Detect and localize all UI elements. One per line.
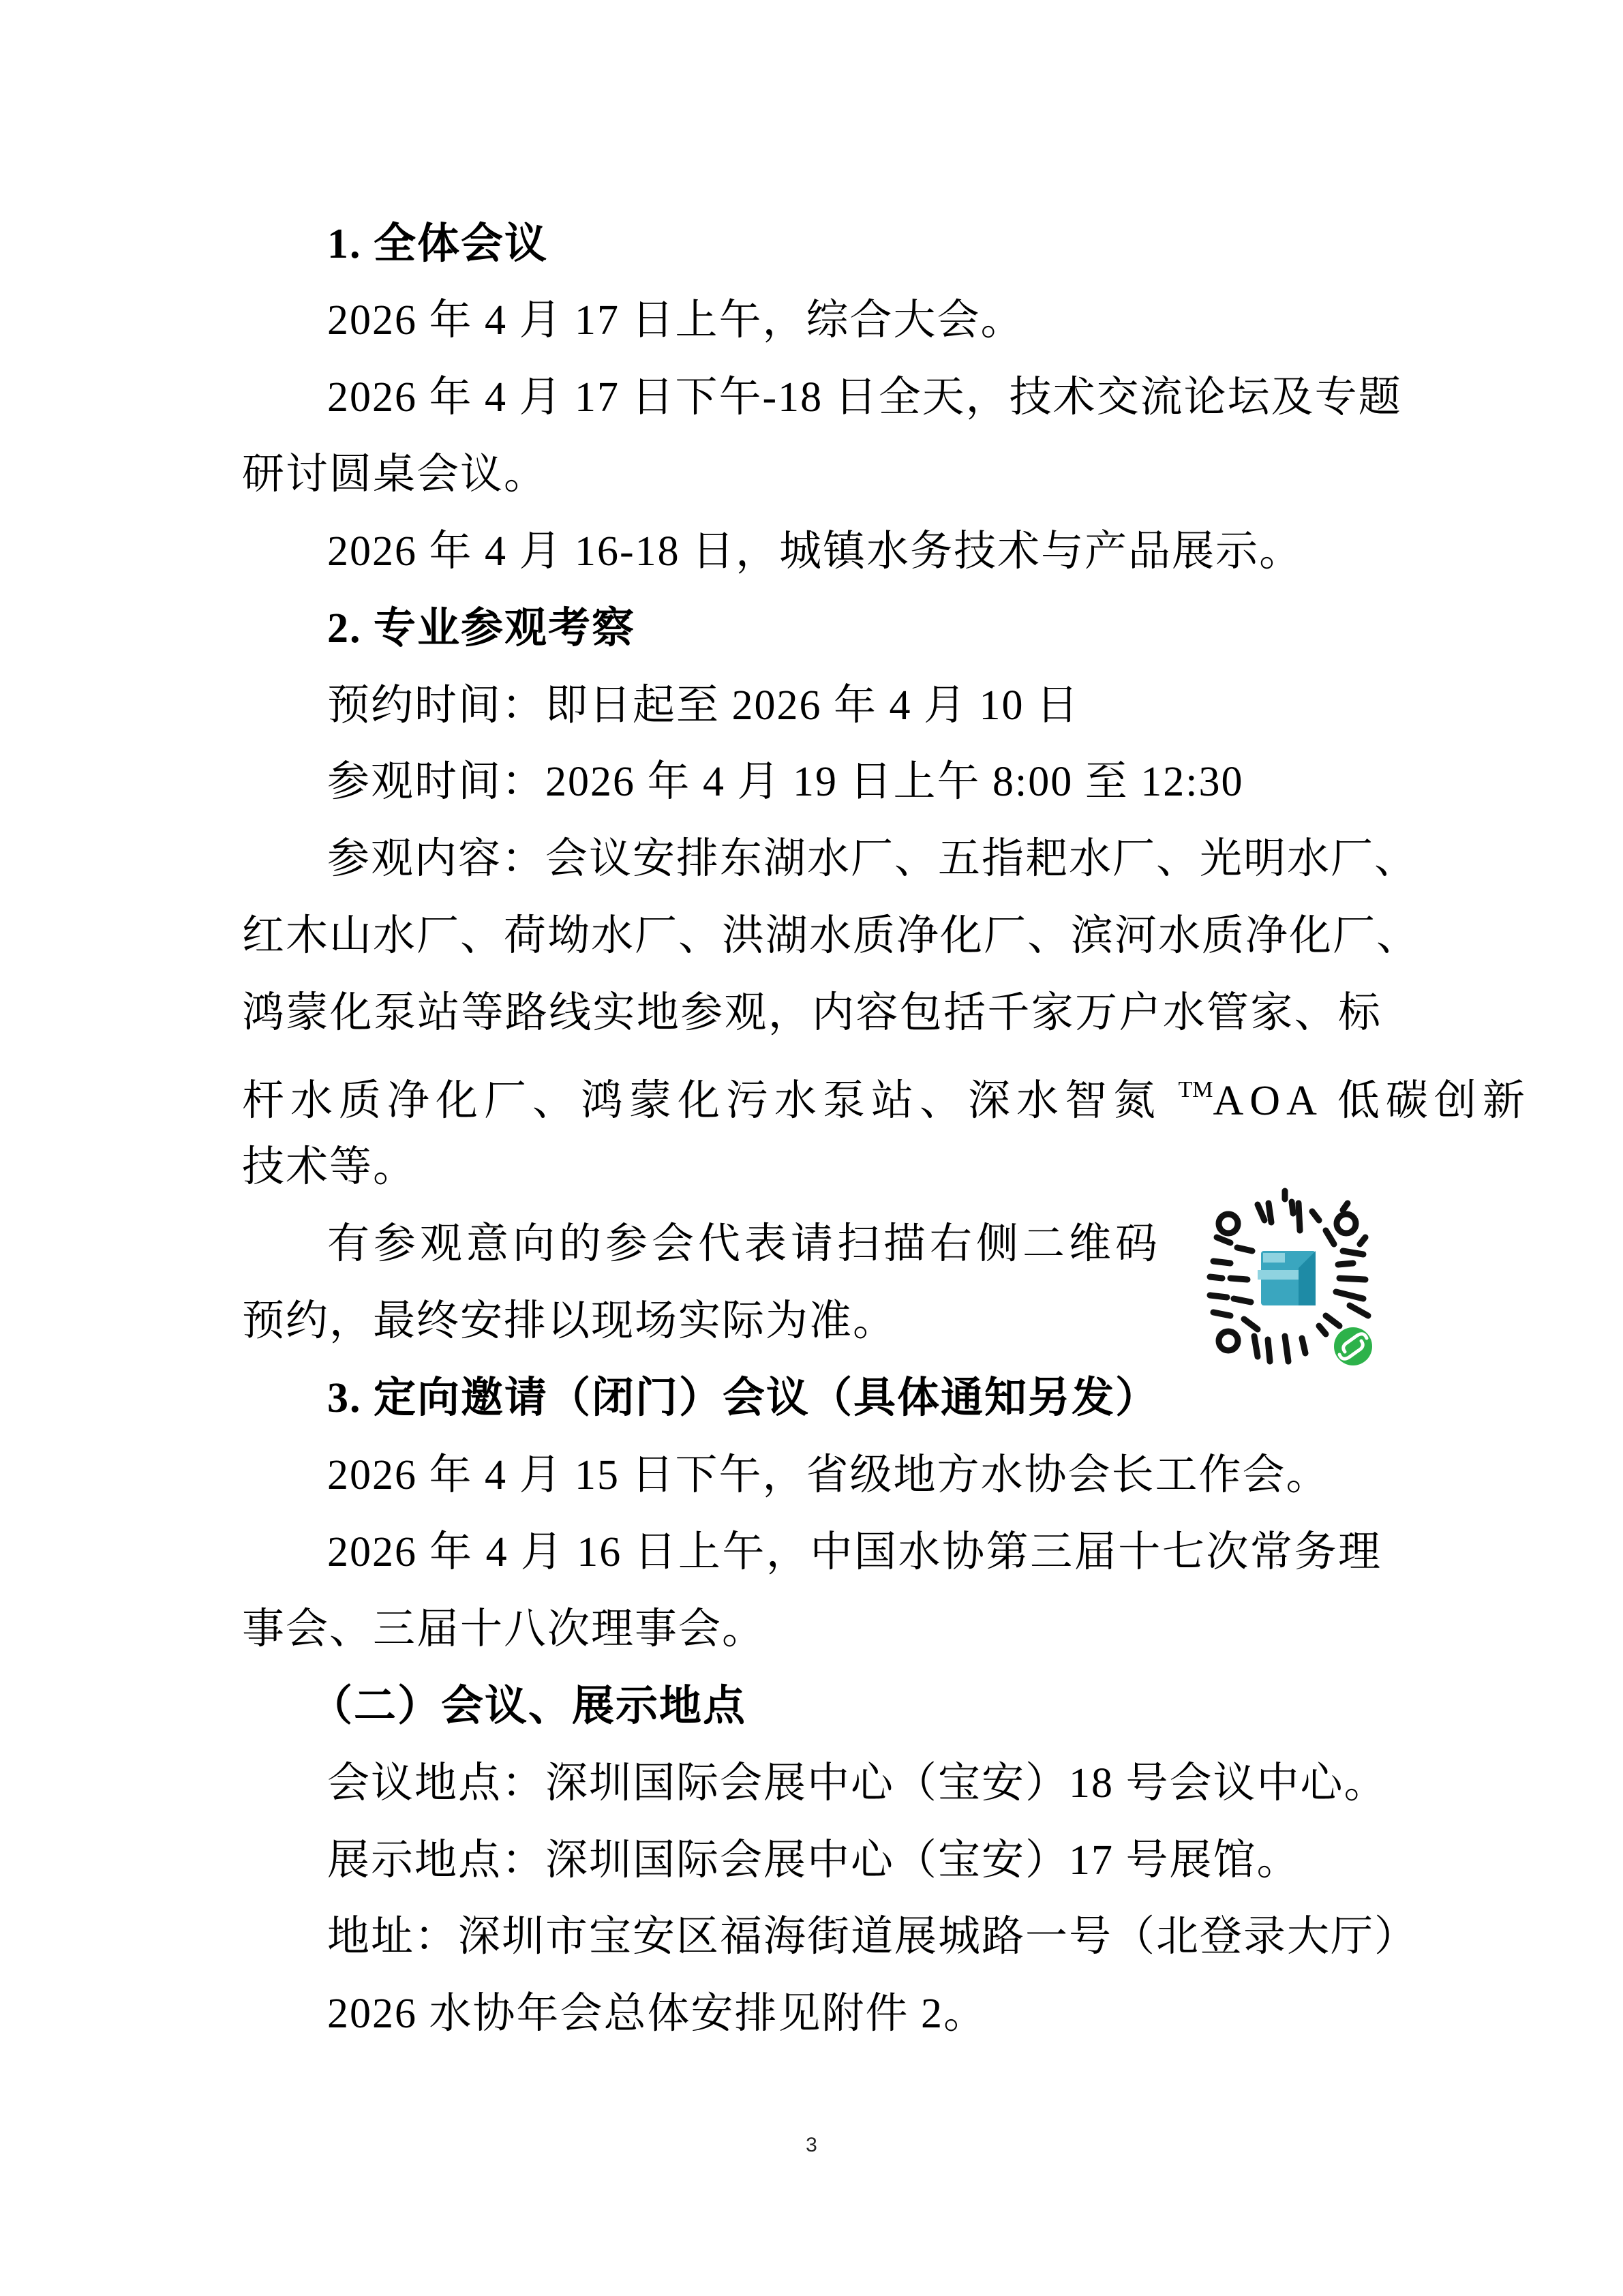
visit-content-continued: 红木山水厂、荷坳水厂、洪湖水质净化厂、滨河水质净化厂、 <box>242 909 1382 963</box>
part-2-heading: （二）会议、展示地点 <box>310 1679 1450 1734</box>
section-1-heading: 1. 全体会议 <box>327 217 1382 271</box>
text-fragment: 杆水质净化厂、鸿蒙化污水泵站、深水智氮 <box>242 1078 1162 1124</box>
visit-time: 参观时间：2026 年 4 月 19 日上午 8:00 至 12:30 <box>327 755 1382 809</box>
address: 地址：深圳市宝安区福海街道展城路一号（北登录大厅） <box>327 1909 1382 1964</box>
schedule-note: 2026 水协年会总体安排见附件 2。 <box>327 1987 1382 2041</box>
booking-time: 预约时间：即日起至 2026 年 4 月 10 日 <box>327 678 1382 733</box>
paragraph: 2026 年 4 月 17 日上午，综合大会。 <box>327 293 1382 348</box>
section-3-heading: 3. 定向邀请（闭门）会议（具体通知另发） <box>327 1371 1382 1425</box>
text-fragment: AOA 低碳创新 <box>1213 1078 1531 1124</box>
section-2-heading: 2. 专业参观考察 <box>327 601 1382 656</box>
meeting-venue: 会议地点：深圳国际会展中心（宝安）18 号会议中心。 <box>327 1756 1382 1811</box>
paragraph: 2026 年 4 月 17 日下午-18 日全天，技术交流论坛及专题 <box>327 370 1382 425</box>
qr-code-icon <box>1189 1183 1380 1377</box>
visit-content-continued: 鸿蒙化泵站等路线实地参观，内容包括千家万户水管家、标 <box>242 986 1382 1040</box>
paragraph: 2026 年 4 月 16-18 日，城镇水务技术与产品展示。 <box>327 524 1382 579</box>
paragraph-continued: 研讨圆桌会议。 <box>242 447 1382 502</box>
page-number: 3 <box>0 2134 1623 2157</box>
scan-instruction: 有参观意向的参会代表请扫描右侧二维码 <box>327 1217 1135 1271</box>
exhibition-venue: 展示地点：深圳国际会展中心（宝安）17 号展馆。 <box>327 1833 1382 1888</box>
paragraph-continued: 事会、三届十八次理事会。 <box>242 1602 1382 1657</box>
paragraph: 2026 年 4 月 16 日上午，中国水协第三届十七次常务理 <box>327 1525 1382 1580</box>
visit-content: 参观内容：会议安排东湖水厂、五指耙水厂、光明水厂、 <box>327 832 1382 886</box>
document-page: 1. 全体会议 2026 年 4 月 17 日上午，综合大会。 2026 年 4… <box>0 0 1623 2296</box>
wechat-mini-program-qr-code[interactable] <box>1189 1183 1380 1377</box>
trademark-symbol: TM <box>1179 1077 1213 1102</box>
paragraph: 2026 年 4 月 15 日下午，省级地方水协会长工作会。 <box>327 1448 1382 1502</box>
visit-content-continued: 杆水质净化厂、鸿蒙化污水泵站、深水智氮 TMAOA 低碳创新 <box>242 1063 1382 1128</box>
